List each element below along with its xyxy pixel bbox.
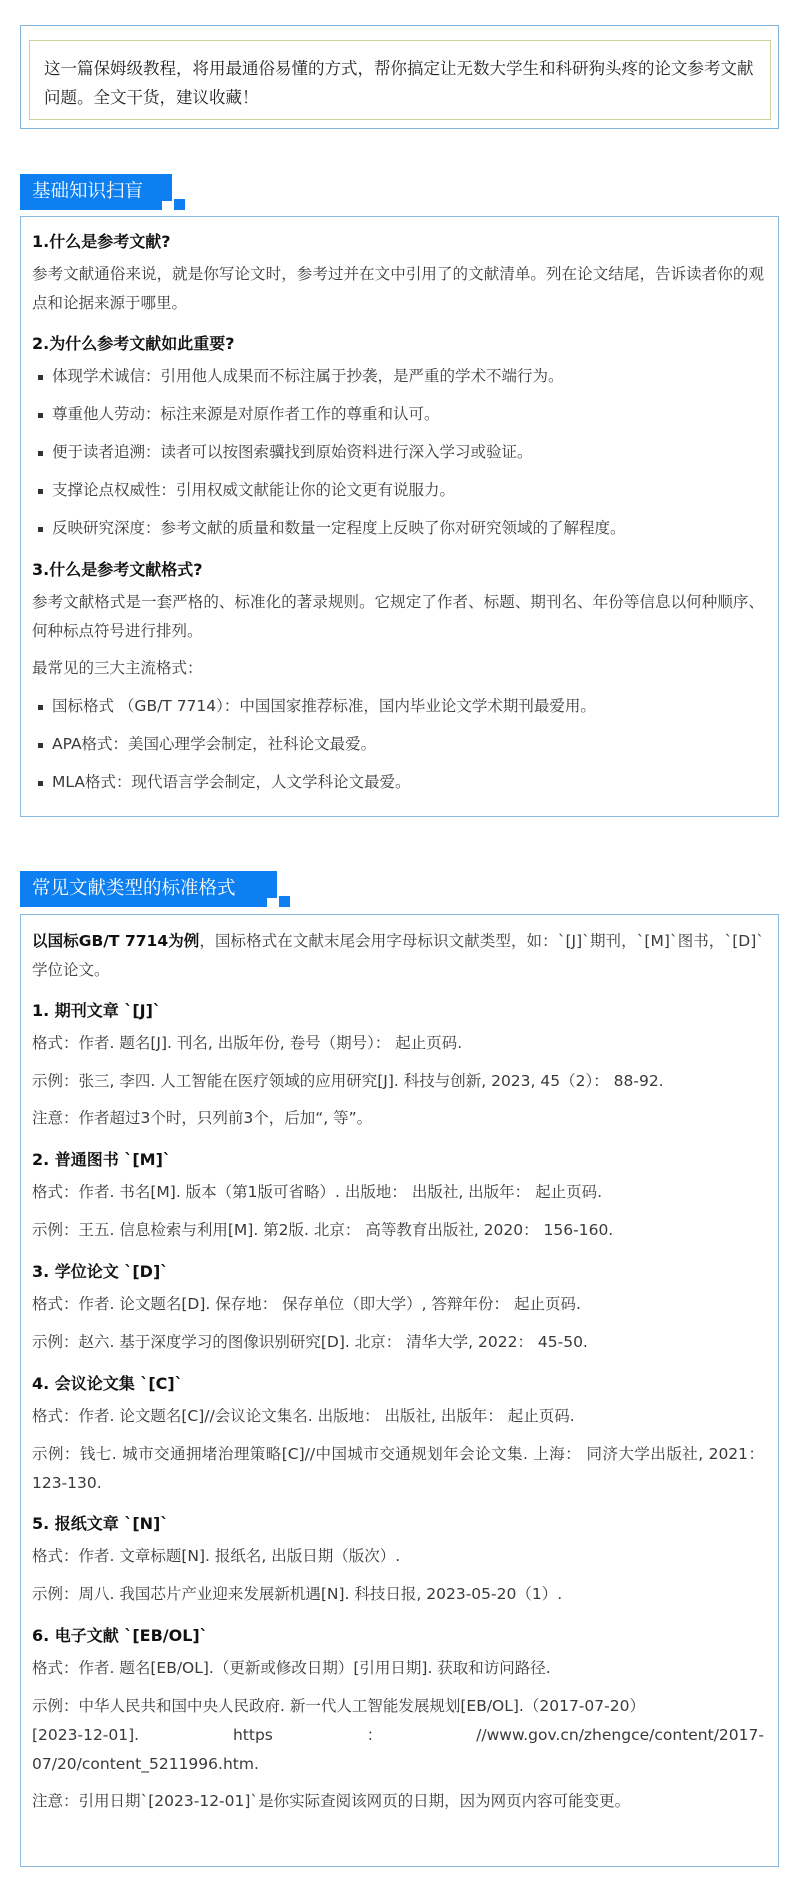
example-block: 示例：中华人民共和国中央人民政府. 新一代人工智能发展规划[EB/OL].（20… — [32, 1692, 764, 1779]
list-item-text: 支撑论点权威性：引用权威文献能让你的论文更有说服力。 — [52, 481, 455, 499]
format-line: 格式：作者. 题名[J]. 刊名, 出版年份, 卷号（期号）： 起止页码. — [32, 1029, 764, 1058]
type-heading-electronic: 6. 电子文献 `[EB/OL]` — [32, 1618, 764, 1654]
format-line: 格式：作者. 书名[M]. 版本（第1版可省略）. 出版地： 出版社, 出版年：… — [32, 1178, 764, 1207]
list-item: MLA格式：现代语言学会制定，人文学科论文最爱。 — [32, 768, 764, 797]
example-line: 示例：赵六. 基于深度学习的图像识别研究[D]. 北京： 清华大学, 2022：… — [32, 1328, 764, 1357]
list-item: 反映研究深度：参考文献的质量和数量一定程度上反映了你对研究领域的了解程度。 — [32, 514, 764, 543]
section-header-basics: 基础知识扫盲 — [20, 174, 172, 210]
header-square-decoration — [174, 199, 185, 210]
question-heading: 2.为什么参考文献如此重要? — [32, 326, 764, 362]
list-item: 尊重他人劳动：标注来源是对原作者工作的尊重和认可。 — [32, 400, 764, 429]
bullet-square-icon — [38, 781, 43, 786]
list-item-text: 反映研究深度：参考文献的质量和数量一定程度上反映了你对研究领域的了解程度。 — [52, 519, 626, 537]
list-item-text: MLA格式：现代语言学会制定，人文学科论文最爱。 — [52, 773, 410, 791]
list-intro: 最常见的三大主流格式： — [32, 654, 764, 683]
example-url-part: ： — [367, 1721, 383, 1750]
bullet-square-icon — [38, 705, 43, 710]
bullet-square-icon — [38, 375, 43, 380]
question-heading: 3.什么是参考文献格式? — [32, 552, 764, 588]
section-title: 常见文献类型的标准格式 — [32, 878, 236, 899]
format-line: 格式：作者. 论文题名[D]. 保存地： 保存单位（即大学）, 答辩年份： 起止… — [32, 1290, 764, 1319]
note-line: 注意：作者超过3个时，只列前3个，后加“, 等”。 — [32, 1104, 764, 1133]
header-square-decoration — [279, 896, 290, 907]
list-item: 国标格式 （GB/T 7714）：中国国家推荐标准，国内毕业论文学术期刊最爱用。 — [32, 692, 764, 721]
section-header-formats: 常见文献类型的标准格式 — [20, 871, 277, 907]
example-line: 示例：中华人民共和国中央人民政府. 新一代人工智能发展规划[EB/OL].（20… — [32, 1692, 764, 1721]
example-url-tail: 07/20/content_5211996.htm. — [32, 1750, 764, 1779]
bullet-square-icon — [38, 413, 43, 418]
list-item-text: 体现学术诚信：引用他人成果而不标注属于抄袭，是严重的学术不端行为。 — [52, 367, 564, 385]
bullet-square-icon — [38, 527, 43, 532]
lead-bold: 以国标GB/T 7714为例 — [32, 932, 199, 950]
section-box-basics: 1.什么是参考文献? 参考文献通俗来说，就是你写论文时，参考过并在文中引用了的文… — [20, 216, 779, 817]
type-heading-conference: 4. 会议论文集 `[C]` — [32, 1366, 764, 1402]
bullet-square-icon — [38, 451, 43, 456]
type-heading-book: 2. 普通图书 `[M]` — [32, 1142, 764, 1178]
bullet-square-icon — [38, 489, 43, 494]
section-box-formats: 以国标GB/T 7714为例，国标格式在文献末尾会用字母标识文献类型，如：`[J… — [20, 914, 779, 1867]
list-item: 支撑论点权威性：引用权威文献能让你的论文更有说服力。 — [32, 476, 764, 505]
format-line: 格式：作者. 题名[EB/OL].（更新或修改日期）[引用日期]. 获取和访问路… — [32, 1654, 764, 1683]
list-item: 便于读者追溯：读者可以按图索骥找到原始资料进行深入学习或验证。 — [32, 438, 764, 467]
bullet-square-icon — [38, 743, 43, 748]
note-line: 注意：引用日期`[2023-12-01]`是你实际查阅该网页的日期，因为网页内容… — [32, 1787, 764, 1816]
list-item-text: 便于读者追溯：读者可以按图索骥找到原始资料进行深入学习或验证。 — [52, 443, 533, 461]
example-line: 示例：张三, 李四. 人工智能在医疗领域的应用研究[J]. 科技与创新, 202… — [32, 1067, 764, 1096]
list-item-text: 尊重他人劳动：标注来源是对原作者工作的尊重和认可。 — [52, 405, 440, 423]
format-line: 格式：作者. 文章标题[N]. 报纸名, 出版日期（版次）. — [32, 1542, 764, 1571]
example-url-line: [2023-12-01]. https ： //www.gov.cn/zheng… — [32, 1721, 764, 1750]
example-line: 示例：钱七. 城市交通拥堵治理策略[C]//中国城市交通规划年会论文集. 上海：… — [32, 1440, 764, 1498]
paragraph: 参考文献格式是一套严格的、标准化的著录规则。它规定了作者、标题、期刊名、年份等信… — [32, 588, 764, 646]
lead-paragraph: 以国标GB/T 7714为例，国标格式在文献末尾会用字母标识文献类型，如：`[J… — [32, 927, 764, 985]
type-heading-newspaper: 5. 报纸文章 `[N]` — [32, 1506, 764, 1542]
list-item-text: 国标格式 （GB/T 7714）：中国国家推荐标准，国内毕业论文学术期刊最爱用。 — [52, 697, 596, 715]
paragraph: 参考文献通俗来说，就是你写论文时，参考过并在文中引用了的文献清单。列在论文结尾，… — [32, 260, 764, 318]
intro-text: 这一篇保姆级教程，将用最通俗易懂的方式，帮你搞定让无数大学生和科研狗头疼的论文参… — [44, 54, 755, 112]
question-heading: 1.什么是参考文献? — [32, 224, 764, 260]
intro-callout-inner: 这一篇保姆级教程，将用最通俗易懂的方式，帮你搞定让无数大学生和科研狗头疼的论文参… — [29, 40, 771, 120]
example-url-part: [2023-12-01]. — [32, 1721, 139, 1750]
example-url-part: https — [233, 1721, 273, 1750]
header-notch-decoration — [267, 898, 277, 907]
list-item: APA格式：美国心理学会制定，社科论文最爱。 — [32, 730, 764, 759]
list-item: 体现学术诚信：引用他人成果而不标注属于抄袭，是严重的学术不端行为。 — [32, 362, 764, 391]
section-title: 基础知识扫盲 — [32, 181, 143, 202]
header-notch-decoration — [162, 201, 172, 210]
example-line: 示例：周八. 我国芯片产业迎来发展新机遇[N]. 科技日报, 2023-05-2… — [32, 1580, 764, 1609]
type-heading-thesis: 3. 学位论文 `[D]` — [32, 1254, 764, 1290]
format-line: 格式：作者. 论文题名[C]//会议论文集名. 出版地： 出版社, 出版年： 起… — [32, 1402, 764, 1431]
intro-callout: 这一篇保姆级教程，将用最通俗易懂的方式，帮你搞定让无数大学生和科研狗头疼的论文参… — [20, 25, 779, 129]
type-heading-journal: 1. 期刊文章 `[J]` — [32, 993, 764, 1029]
example-line: 示例：王五. 信息检索与利用[M]. 第2版. 北京： 高等教育出版社, 202… — [32, 1216, 764, 1245]
list-item-text: APA格式：美国心理学会制定，社科论文最爱。 — [52, 735, 376, 753]
example-url-part: //www.gov.cn/zhengce/content/2017- — [476, 1721, 764, 1750]
